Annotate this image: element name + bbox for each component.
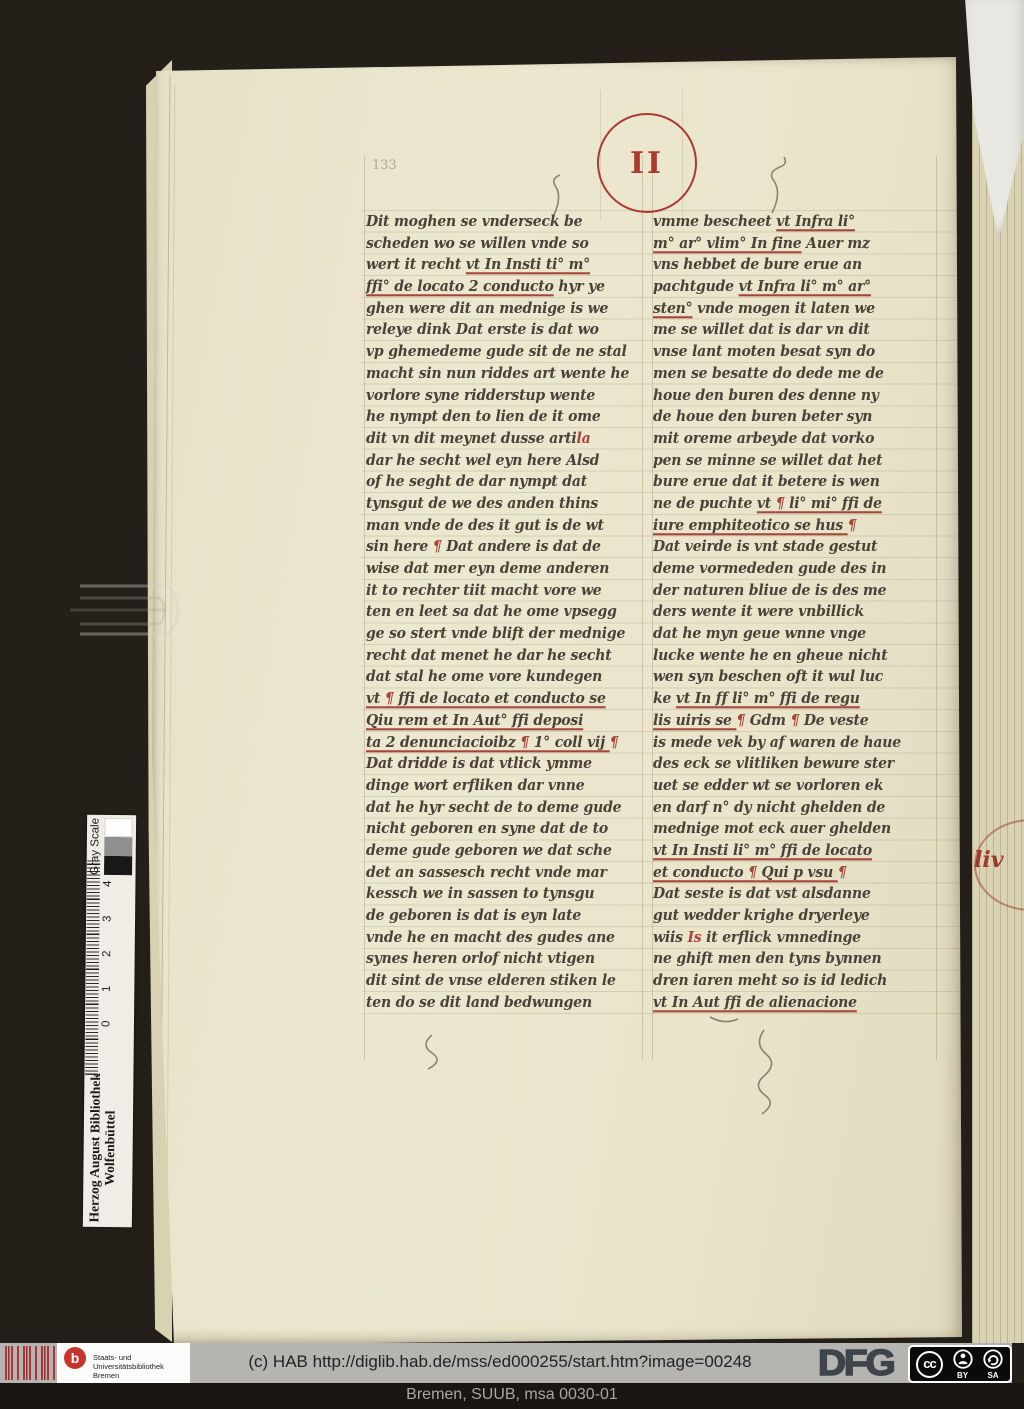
text-segment: ge so stert vnde blift der mednige	[366, 626, 625, 643]
manuscript-line: he nympt den to lien de it ome	[366, 407, 652, 430]
text-segment: vt	[366, 691, 385, 708]
manuscript-line: gut wedder krighe dryerleye	[653, 906, 939, 929]
text-segment: vorlore syne ridderstup wente	[366, 387, 595, 404]
manuscript-line: vorlore syne ridderstup wente	[366, 385, 652, 408]
text-segment: der naturen bliue de is des me	[653, 582, 886, 599]
text-segment: wen syn beschen oft it wul luc	[653, 669, 883, 686]
manuscript-line: tynsgut de we des anden thins	[366, 494, 652, 517]
shelfmark: Bremen, SUUB, msa 0030-01	[0, 1386, 1024, 1404]
manuscript-line: ten do se dit land bedwungen	[366, 992, 652, 1015]
manuscript-line: of he seght de dar nympt dat	[366, 472, 652, 495]
manuscript-line: vt In Insti li° m° ffi de locato	[653, 841, 939, 864]
text-segment: ghen were dit an mednige is we	[366, 300, 608, 317]
rubric-segment: ¶	[736, 712, 745, 729]
manuscript-line: dit vn dit meynet dusse artila	[366, 428, 652, 451]
manuscript-line: Qiu rem et In Aut° ffi deposi	[366, 710, 652, 733]
manuscript-line: ta 2 denunciacioibz ¶ 1° coll vij ¶	[366, 732, 652, 755]
text-segment: de houe den buren beter syn	[653, 409, 872, 426]
manuscript-line: houe den buren des denne ny	[653, 385, 939, 408]
text-segment: 1° coll vij	[529, 734, 610, 751]
text-segment: recht dat menet he dar he secht	[366, 647, 611, 664]
text-segment: dinge wort erfliken dar vnne	[366, 778, 584, 795]
text-segment: Qiu rem et In Aut° ffi deposi	[366, 712, 583, 729]
ruler-number: 4	[101, 881, 113, 888]
ruler-number: 2	[101, 950, 113, 957]
manuscript-line: man vnde de des it gut is de wt	[366, 515, 652, 538]
manuscript-line: lis uiris se ¶ Gdm ¶ De veste	[653, 710, 939, 733]
rubric-segment: ¶	[748, 864, 757, 881]
manuscript-line: is mede vek by af waren de haue	[653, 732, 939, 755]
manuscript-line: vnde he en macht des gudes ane	[366, 927, 652, 950]
manuscript-line: dit sint de vnse elderen stiken le	[366, 971, 652, 994]
text-segment: houe den buren des denne ny	[653, 387, 879, 404]
text-segment: li° mi° ffi de	[784, 496, 881, 513]
text-segment: he nympt den to lien de it ome	[366, 409, 601, 426]
text-segment: pachtgude	[653, 279, 739, 296]
pencil-foliation: 133	[372, 158, 397, 173]
text-segment: ten do se dit land bedwungen	[366, 994, 592, 1011]
grayscale-patch-black	[104, 856, 132, 875]
manuscript-line: dat stal he ome vore kundegen	[366, 667, 652, 690]
rubric-segment: ¶	[610, 734, 619, 751]
manuscript-line: wert it recht vt In Insti ti° m°	[366, 255, 652, 278]
manuscript-page: 133 II Dit moghen se vnderseck bescheden…	[150, 55, 964, 1345]
manuscript-line: sten° vnde mogen it laten we	[653, 298, 939, 321]
text-segment: tynsgut de we des anden thins	[366, 496, 598, 513]
text-segment: lucke wente he en gheue nicht	[653, 647, 888, 664]
manuscript-line: Dit moghen se vnderseck be	[366, 212, 652, 235]
rubric-segment: ¶	[838, 864, 847, 881]
text-segment: vmme bescheet	[653, 214, 776, 231]
text-segment: m° ar° vlim° In fine	[653, 235, 802, 252]
manuscript-line: bure erue dat it betere is wen	[653, 472, 939, 495]
ruler-number: 1	[100, 985, 112, 992]
text-segment: kessch we in sassen to tynsgu	[366, 886, 594, 903]
rubric-segment: ¶	[848, 517, 857, 534]
text-segment: vp ghemedeme gude sit de ne stal	[366, 344, 627, 361]
text-segment: ffi de locato et conducto se	[394, 691, 606, 708]
text-segment: vt In Insti ti° m°	[466, 257, 590, 274]
text-segment: det an sassesch recht vnde mar	[366, 864, 607, 881]
manuscript-line: Dat dridde is dat vtlick ymme	[366, 754, 652, 777]
rubric-segment: Is	[687, 929, 701, 946]
cc-by-unit: BY	[952, 1349, 974, 1380]
manuscript-line: dar he secht wel eyn here Alsd	[366, 450, 652, 473]
rubric-segment: ¶	[520, 734, 529, 751]
manuscript-line: ne ghift men den tyns bynnen	[653, 949, 939, 972]
text-segment: hyr ye	[554, 279, 605, 296]
manuscript-line: en darf n° dy nicht ghelden de	[653, 797, 939, 820]
text-segment: vt Infra li°	[776, 214, 855, 231]
grayscale-ruler: Herzog August Bibliothek Wolfenbüttel 01…	[83, 815, 136, 1227]
ruler-number: 0	[100, 1020, 112, 1027]
manuscript-line: m° ar° vlim° In fine Auer mz	[653, 233, 939, 256]
text-segment: Auer mz	[802, 235, 870, 252]
cc-sa-label: SA	[987, 1372, 998, 1380]
manuscript-line: dat he hyr secht de to deme gude	[366, 797, 652, 820]
text-segment: iure emphiteotico se hus	[653, 517, 848, 534]
manuscript-line: dinge wort erfliken dar vnne	[366, 775, 652, 798]
text-segment: ten en leet sa dat he ome vpsegg	[366, 604, 617, 621]
bremen-name-line3: Bremen	[93, 1371, 164, 1380]
grayscale-label: Gray Scale	[89, 815, 102, 875]
copyright-url: (c) HAB http://diglib.hab.de/mss/ed00025…	[195, 1352, 805, 1372]
cc-license-badge: cc BY SA	[908, 1345, 1012, 1383]
barcode	[5, 1346, 57, 1380]
text-segment: ta 2 denunciacioibz	[366, 734, 520, 751]
text-segment: lis uiris se	[653, 712, 736, 729]
library-name-line2: Wolfenbüttel	[101, 1069, 118, 1227]
text-segment: it erflick vmnedinge	[701, 929, 860, 946]
text-segment: vt Infra li° m° ar°	[739, 279, 871, 296]
text-segment: sten°	[653, 300, 692, 317]
manuscript-line: ne de puchte vt ¶ li° mi° ffi de	[653, 494, 939, 517]
manuscript-line: wise dat mer eyn deme anderen	[366, 559, 652, 582]
text-segment: vnse lant moten besat syn do	[653, 344, 875, 361]
manuscript-line: releye dink Dat erste is dat wo	[366, 320, 652, 343]
manuscript-line: ghen were dit an mednige is we	[366, 298, 652, 321]
text-segment: Dit moghen se vnderseck be	[366, 214, 582, 231]
text-segment: nicht geboren en syne dat de to	[366, 821, 608, 838]
manuscript-line: iure emphiteotico se hus ¶	[653, 515, 939, 538]
text-segment: vt	[757, 496, 776, 513]
bremen-library-name: Staats- und Universitätsbibliothek Breme…	[93, 1353, 164, 1380]
manuscript-line: vt In Aut ffi de alienacione	[653, 992, 939, 1015]
digitized-manuscript-viewer: 133 II Dit moghen se vnderseck bescheden…	[0, 0, 1024, 1409]
text-segment: of he seght de dar nympt dat	[366, 474, 587, 491]
text-segment: mit oreme arbeyde dat vorko	[653, 431, 874, 448]
text-segment: vnde mogen it laten we	[692, 300, 875, 317]
manuscript-line: dat he myn geue wnne vnge	[653, 624, 939, 647]
ruler-cm-ticks	[84, 859, 99, 1075]
text-segment: macht sin nun riddes art wente he	[366, 365, 629, 382]
manuscript-line: macht sin nun riddes art wente he	[366, 363, 652, 386]
text-segment: Qui p vsu	[757, 864, 838, 881]
text-segment: vns hebbet de bure erue an	[653, 257, 862, 274]
text-segment: releye dink Dat erste is dat wo	[366, 322, 599, 339]
text-segment: ne de puchte	[653, 496, 757, 513]
manuscript-line: kessch we in sassen to tynsgu	[366, 884, 652, 907]
text-segment: scheden wo se willen vnde so	[366, 235, 589, 252]
text-segment: dit sint de vnse elderen stiken le	[366, 973, 616, 990]
manuscript-line: pen se minne se willet dat het	[653, 450, 939, 473]
text-segment: uet se edder wt se vorloren ek	[653, 778, 883, 795]
grayscale-patch-gray	[104, 837, 132, 856]
manuscript-line: men se besatte do dede me de	[653, 363, 939, 386]
manuscript-line: wiis Is it erflick vmnedinge	[653, 927, 939, 950]
manuscript-line: ke vt In ff li° m° ffi de regu	[653, 689, 939, 712]
manuscript-line: sin here ¶ Dat andere is dat de	[366, 537, 652, 560]
manuscript-line: deme vormededen gude des in	[653, 559, 939, 582]
manuscript-line: det an sassesch recht vnde mar	[366, 862, 652, 885]
text-segment: dar he secht wel eyn here Alsd	[366, 452, 599, 469]
text-segment: mednige mot eck auer ghelden	[653, 821, 891, 838]
cc-sa-arrow-icon	[982, 1349, 1004, 1371]
text-segment: gut wedder krighe dryerleye	[653, 908, 870, 925]
text-segment: men se besatte do dede me de	[653, 365, 884, 382]
folio-number-circle: II	[597, 113, 697, 213]
rubric-segment: ¶	[385, 691, 394, 708]
manuscript-line: deme gude geboren we dat sche	[366, 841, 652, 864]
text-segment: sin here	[366, 539, 433, 556]
cc-sa-unit: SA	[982, 1349, 1004, 1380]
folio-number: II	[630, 146, 664, 181]
text-segment: dat he hyr secht de to deme gude	[366, 799, 621, 816]
text-segment: vt In Insti li° m° ffi de locato	[653, 843, 872, 860]
library-name-line1: Herzog August Bibliothek	[86, 1069, 103, 1227]
manuscript-line: mednige mot eck auer ghelden	[653, 819, 939, 842]
text-segment: man vnde de des it gut is de wt	[366, 517, 604, 534]
manuscript-line: mit oreme arbeyde dat vorko	[653, 428, 939, 451]
rubric-segment: la	[577, 431, 591, 448]
manuscript-line: recht dat menet he dar he secht	[366, 645, 652, 668]
text-segment: synes heren orlof nicht vtigen	[366, 951, 595, 968]
cc-logo-icon: cc	[916, 1351, 943, 1378]
grayscale-patches	[104, 818, 133, 875]
manuscript-line: vns hebbet de bure erue an	[653, 255, 939, 278]
text-segment: me se willet dat is dar vn dit	[653, 322, 870, 339]
text-segment: vt In ff li° m° ffi de regu	[676, 691, 860, 708]
manuscript-line: vp ghemedeme gude sit de ne stal	[366, 342, 652, 365]
manuscript-line: uet se edder wt se vorloren ek	[653, 775, 939, 798]
ruler-number: 3	[101, 916, 113, 923]
text-segment: ffi° de locato 2 conducto	[366, 279, 554, 296]
manuscript-line: Dat veirde is vnt stade gestut	[653, 537, 939, 560]
manuscript-line: et conducto ¶ Qui p vsu ¶	[653, 862, 939, 885]
cc-by-label: BY	[957, 1372, 968, 1380]
text-segment: Dat andere is dat de	[441, 539, 600, 556]
manuscript-line: synes heren orlof nicht vtigen	[366, 949, 652, 972]
text-segment: deme vormededen gude des in	[653, 561, 886, 578]
text-segment: de geboren is dat is eyn late	[366, 908, 581, 925]
text-segment: pen se minne se willet dat het	[653, 452, 882, 469]
manuscript-line: nicht geboren en syne dat de to	[366, 819, 652, 842]
manuscript-line: me se willet dat is dar vn dit	[653, 320, 939, 343]
bremen-logo: b	[64, 1347, 86, 1369]
bremen-library-panel: b Staats- und Universitätsbibliothek Bre…	[57, 1343, 190, 1383]
footer-bar: b Staats- und Universitätsbibliothek Bre…	[0, 1343, 1012, 1383]
manuscript-line: de geboren is dat is eyn late	[366, 906, 652, 929]
manuscript-line: des eck se vlitliken bewure ster	[653, 754, 939, 777]
bremen-name-line1: Staats- und	[93, 1353, 164, 1362]
ruler-library-name: Herzog August Bibliothek Wolfenbüttel	[86, 1069, 118, 1227]
text-segment: des eck se vlitliken bewure ster	[653, 756, 894, 773]
text-segment: wert it recht	[366, 257, 466, 274]
page-holder-clip	[70, 558, 220, 662]
dfg-logo: DFG	[818, 1342, 894, 1384]
manuscript-line: vmme bescheet vt Infra li°	[653, 212, 939, 235]
ruler-numbers: 01234	[99, 859, 116, 1075]
text-segment: bure erue dat it betere is wen	[653, 474, 880, 491]
manuscript-column-right: vmme bescheet vt Infra li°m° ar° vlim° I…	[653, 212, 939, 1014]
text-segment: deme gude geboren we dat sche	[366, 843, 612, 860]
manuscript-line: ffi° de locato 2 conducto hyr ye	[366, 277, 652, 300]
manuscript-line: wen syn beschen oft it wul luc	[653, 667, 939, 690]
text-segment: dren iaren meht so is id ledich	[653, 973, 887, 990]
manuscript-line: Dat seste is dat vst alsdanne	[653, 884, 939, 907]
text-segment: Dat seste is dat vst alsdanne	[653, 886, 871, 903]
cc-by-person-icon	[952, 1349, 974, 1371]
manuscript-line: ten en leet sa dat he ome vpsegg	[366, 602, 652, 625]
manuscript-line: der naturen bliue de is des me	[653, 580, 939, 603]
manuscript-line: de houe den buren beter syn	[653, 407, 939, 430]
text-segment: De veste	[799, 712, 868, 729]
text-segment: dat stal he ome vore kundegen	[366, 669, 602, 686]
text-segment: wiis	[653, 929, 687, 946]
manuscript-line: dren iaren meht so is id ledich	[653, 971, 939, 994]
manuscript-line: ge so stert vnde blift der mednige	[366, 624, 652, 647]
manuscript-line: lucke wente he en gheue nicht	[653, 645, 939, 668]
text-segment: vnde he en macht des gudes ane	[366, 929, 615, 946]
manuscript-line: ders wente it were vnbillick	[653, 602, 939, 625]
manuscript-column-left: Dit moghen se vnderseck bescheden wo se …	[366, 212, 652, 1014]
manuscript-line: vt ¶ ffi de locato et conducto se	[366, 689, 652, 712]
grayscale-patch-white	[104, 818, 132, 837]
text-segment: wise dat mer eyn deme anderen	[366, 561, 609, 578]
text-segment: Dat veirde is vnt stade gestut	[653, 539, 877, 556]
stamp-text: liv	[974, 847, 1004, 873]
stamp-fragment-area: liv	[966, 815, 1024, 915]
frame-rule	[364, 155, 365, 1060]
text-segment: Gdm	[745, 712, 790, 729]
manuscript-line: scheden wo se willen vnde so	[366, 233, 652, 256]
text-segment: is mede vek by af waren de haue	[653, 734, 901, 751]
rubric-segment: ¶	[790, 712, 799, 729]
manuscript-line: it to rechter tiit macht vore we	[366, 580, 652, 603]
text-segment: ders wente it were vnbillick	[653, 604, 864, 621]
text-segment: ne ghift men den tyns bynnen	[653, 951, 881, 968]
manuscript-line: pachtgude vt Infra li° m° ar°	[653, 277, 939, 300]
text-segment: dit vn dit meynet dusse arti	[366, 431, 577, 448]
manuscript-line: vnse lant moten besat syn do	[653, 342, 939, 365]
text-segment: vt In Aut ffi de alienacione	[653, 994, 857, 1011]
text-segment: ke	[653, 691, 676, 708]
text-segment: en darf n° dy nicht ghelden de	[653, 799, 885, 816]
text-segment: dat he myn geue wnne vnge	[653, 626, 866, 643]
text-segment: Dat dridde is dat vtlick ymme	[366, 756, 592, 773]
text-segment: it to rechter tiit macht vore we	[366, 582, 602, 599]
text-segment: et conducto	[653, 864, 748, 881]
bremen-name-line2: Universitätsbibliothek	[93, 1362, 164, 1371]
